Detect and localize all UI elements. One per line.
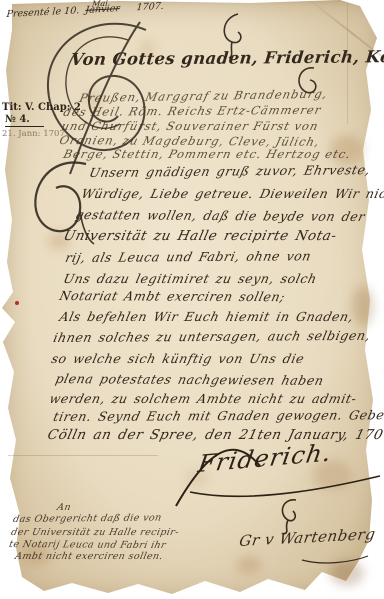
body-line: Würdige, Liebe getreue. Dieweilen Wir ni…: [80, 186, 384, 201]
body-line: Notariat Ambt exerciren sollen;: [58, 288, 287, 304]
countersignature-underline: [300, 552, 370, 566]
body-line: Als befehlen Wir Euch hiemit in Gnaden,: [58, 309, 355, 324]
received-note-year: 1707.: [136, 1, 164, 13]
body-line: so welche sich künftig von Uns die: [50, 351, 306, 366]
margin-ref-title: Tit: V. Chap: 2: [2, 102, 81, 113]
body-line: gestatten wollen, daß die beyde von der: [74, 207, 367, 224]
intitulatio-heading: Von Gottes gnaden, Friderich, König in: [70, 47, 384, 69]
docket-line: An: [56, 502, 72, 513]
manuscript-scan: Presenté le 10. JanvierMai 1707. Von Got…: [0, 0, 384, 599]
body-line: tiren. Seynd Euch mit Gnaden gewogen. Ge…: [52, 407, 384, 424]
received-note-inserted-month: Mai: [92, 0, 108, 9]
docket-line: der Universität zu Halle recipir-: [10, 527, 180, 538]
signature-underline: [190, 476, 380, 496]
underline-stroke: [302, 556, 368, 563]
body-line: ihnen solches zu untersagen, auch selbig…: [52, 328, 372, 345]
body-line: Unsern gnädigen gruß zuvor, Ehrveste,: [88, 162, 372, 180]
titles-line: und Churfürst, Souverainer Fürst von: [60, 119, 320, 133]
margin-ref-number: № 4.: [5, 114, 44, 127]
body-line: werden, zu solchem Ambte nicht zu admit-: [48, 391, 358, 406]
margin-date: 21. Jann: 1707.: [2, 129, 68, 139]
body-line: Universität zu Halle recipirte Nota-: [62, 228, 338, 244]
titles-line: des Heil. Röm. Reichs Ertz-Cämmerer: [62, 103, 323, 119]
body-line: rij, als Leuca und Fabri, ohne von: [64, 248, 313, 265]
docket-line: Ambt nicht exerciren sollen.: [14, 551, 164, 562]
docket-line: das Obergericht daß die von: [12, 512, 163, 525]
docket-line: te Notarij Leuca und Fabri ihr: [8, 539, 167, 551]
body-line: plena potestates nachgewiesen haben: [54, 371, 325, 388]
body-line: Uns dazu legitimiret zu seyn, solch: [62, 271, 319, 286]
titles-line: Berge, Stettin, Pommern etc. Hertzog etc…: [62, 147, 353, 161]
